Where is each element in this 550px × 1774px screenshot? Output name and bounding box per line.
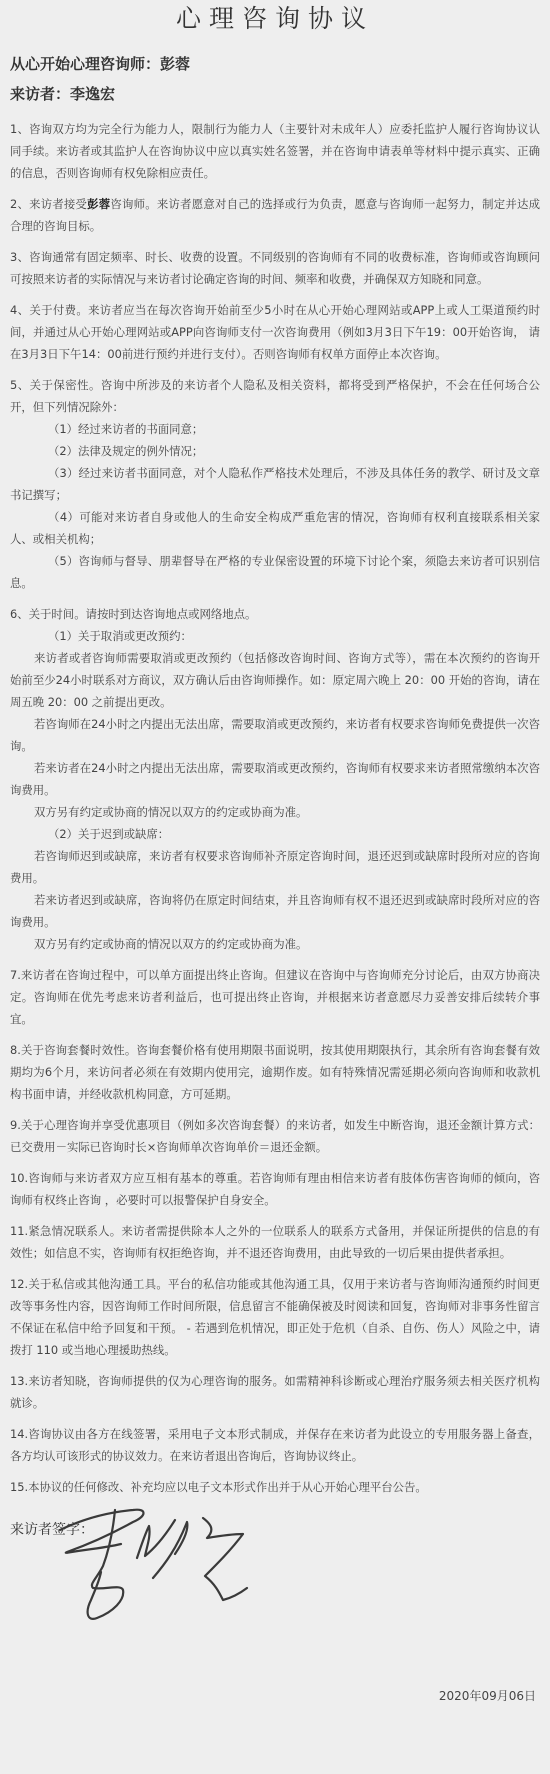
clause-14: 14.咨询协议由各方在线签署，采用电子文本形式制成，并保存在来访者为此设立的专用… [10,1423,540,1467]
clause-2: 2、来访者接受彭蓉咨询师。来访者愿意对自己的选择或行为负责，愿意与咨询师一起努力… [10,193,540,237]
clause-6-sub2-para-2: 若来访者迟到或缺席，咨询将仍在原定时间结束，并且咨询师有权不退还迟到或缺席时段所… [10,889,540,933]
clause-5-intro: 5、关于保密性。咨询中所涉及的来访者个人隐私及相关资料，都将受到严格保护，不会在… [10,374,540,418]
clause-6-sub1-para-2: 若咨询师在24小时之内提出无法出席，需要取消或更改预约，来访者有权要求咨询师免费… [10,713,540,757]
clause-6-sub1-para-1: 来访者或者咨询师需要取消或更改预约（包括修改咨询时间、咨询方式等），需在本次预约… [10,647,540,713]
agreement-document: 心理咨询协议 从心开始心理咨询师：彭蓉 来访者：李逸宏 1、咨询双方均为完全行为… [0,0,550,1540]
clause-6: 6、关于时间。请按时到达咨询地点或网络地点。 （1）关于取消或更改预约： 来访者… [10,603,540,955]
signature-image [55,1500,275,1620]
clause-13: 13.来访者知晓，咨询师提供的仅为心理咨询的服务。如需精神科诊断或心理治疗服务须… [10,1370,540,1414]
clause-6-intro: 6、关于时间。请按时到达咨询地点或网络地点。 [10,603,540,625]
clause-5-item-5: （5）咨询师与督导、朋辈督导在严格的专业保密设置的环境下讨论个案，须隐去来访者可… [10,550,540,594]
clause-8: 8.关于咨询套餐时效性。咨询套餐价格有使用期限书面说明，按其使用期限执行，其余所… [10,1039,540,1105]
clause-5-item-4: （4）可能对来访者自身或他人的生命安全构成严重危害的情况，咨询师有权利直接联系相… [10,506,540,550]
clause-7: 7.来访者在咨询过程中，可以单方面提出终止咨询。但建议在咨询中与咨询师充分讨论后… [10,964,540,1030]
page-title: 心理咨询协议 [10,0,540,42]
clause-5-item-3: （3）经过来访者书面同意，对个人隐私作严格技术处理后，不涉及具体任务的教学、研讨… [10,462,540,506]
clause-9: 9.关于心理咨询并享受优惠项目（例如多次咨询套餐）的来访者，如发生中断咨询，退还… [10,1114,540,1158]
clause-list: 1、咨询双方均为完全行为能力人，限制行为能力人（主要针对未成年人）应委托监护人履… [10,118,540,1498]
clause-6-sub1-para-4: 双方另有约定或协商的情况以双方的约定或协商为准。 [10,801,540,823]
clause-4: 4、关于付费。来访者应当在每次咨询开始前至少5小时在从心开始心理网站或APP上或… [10,299,540,365]
visitor-line: 来访者：李逸宏 [10,84,540,104]
counselor-name-highlight: 彭蓉 [87,197,110,211]
clause-5-item-1: （1）经过来访者的书面同意； [10,418,540,440]
clause-12: 12.关于私信或其他沟通工具。平台的私信功能或其他沟通工具，仅用于来访者与咨询师… [10,1273,540,1361]
clause-6-sub1-title: （1）关于取消或更改预约： [10,625,540,647]
clause-5-item-2: （2）法律及规定的例外情况； [10,440,540,462]
counselor-line: 从心开始心理咨询师：彭蓉 [10,54,540,74]
clause-10: 10.咨询师与来访者双方应互相有基本的尊重。若咨询师有理由相信来访者有肢体伤害咨… [10,1167,540,1211]
clause-5: 5、关于保密性。咨询中所涉及的来访者个人隐私及相关资料，都将受到严格保护，不会在… [10,374,540,594]
clause-2-prefix: 2、来访者接受 [10,197,87,211]
clause-1: 1、咨询双方均为完全行为能力人，限制行为能力人（主要针对未成年人）应委托监护人履… [10,118,540,184]
signature-date: 2020年09月06日 [439,1687,536,1704]
clause-6-sub2-title: （2）关于迟到或缺席： [10,823,540,845]
clause-15: 15.本协议的任何修改、补充均应以电子文本形式作出并于从心开始心理平台公告。 [10,1476,540,1498]
clause-11: 11.紧急情况联系人。来访者需提供除本人之外的一位联系人的联系方式备用，并保证所… [10,1220,540,1264]
clause-3: 3、咨询通常有固定频率、时长、收费的设置。不同级别的咨询师有不同的收费标准，咨询… [10,246,540,290]
clause-6-sub1-para-3: 若来访者在24小时之内提出无法出席，需要取消或更改预约，咨询师有权要求来访者照常… [10,757,540,801]
clause-6-sub2-para-1: 若咨询师迟到或缺席，来访者有权要求咨询师补齐原定咨询时间，退还迟到或缺席时段所对… [10,845,540,889]
clause-6-sub2-para-3: 双方另有约定或协商的情况以双方的约定或协商为准。 [10,933,540,955]
